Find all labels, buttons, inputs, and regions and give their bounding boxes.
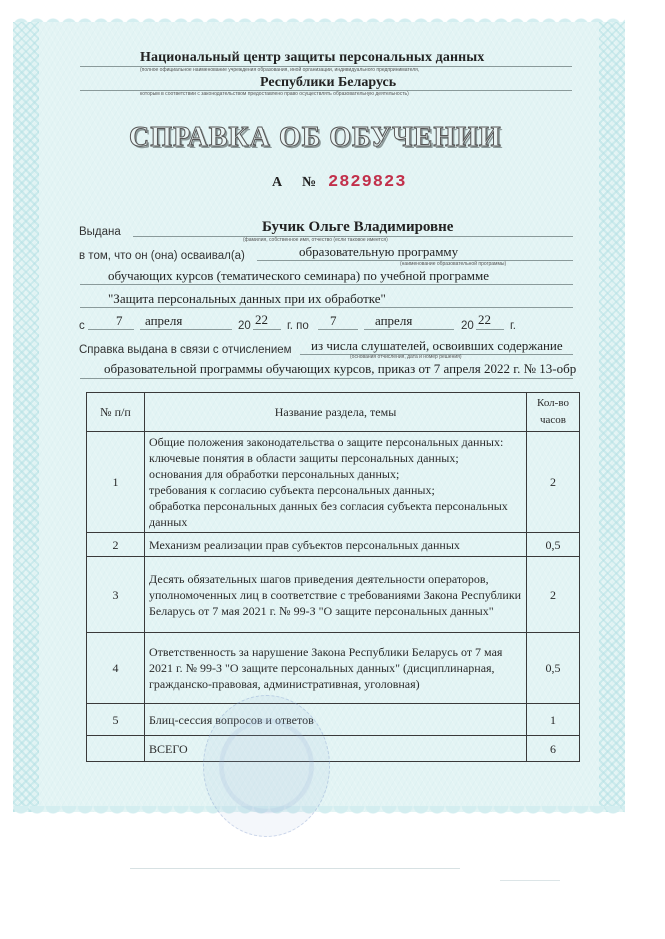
- organization-caption1: (полное официальное наименование учрежде…: [140, 67, 419, 73]
- fill-line: [80, 307, 573, 308]
- recipient-caption: (фамилия, собственное имя, отчество (есл…: [243, 237, 388, 243]
- fill-line: [88, 329, 134, 330]
- table-row: 2Механизм реализации прав субъектов перс…: [87, 533, 580, 557]
- row-number: 3: [87, 557, 145, 633]
- table-header-row: № п/п Название раздела, темы Кол-во часо…: [87, 393, 580, 432]
- topic-name: Общие положения законодательства о защит…: [145, 432, 527, 533]
- column-header-hours: Кол-во часов: [527, 393, 580, 432]
- topic-line: Механизм реализации прав субъектов персо…: [149, 537, 522, 553]
- serial-number: 2829823: [328, 173, 406, 192]
- reverse-side-bleed-through: [500, 880, 560, 881]
- to-day: 7: [330, 313, 337, 329]
- organization-name-line1: Национальный центр защиты персональных д…: [140, 50, 484, 66]
- to-month: апреля: [375, 313, 412, 329]
- topic-name: Десять обязательных шагов приведения дея…: [145, 557, 527, 633]
- reverse-side-bleed-through: [130, 868, 460, 869]
- decorative-border-right: [599, 22, 625, 812]
- reason-label: Справка выдана в связи с отчислением: [79, 344, 292, 356]
- topic-name: Ответственность за нарушение Закона Респ…: [145, 633, 527, 704]
- hours-value: 2: [527, 432, 580, 533]
- topic-name: Блиц-сессия вопросов и ответов: [145, 704, 527, 736]
- total-label: ВСЕГО: [145, 736, 527, 762]
- topic-line: ключевые понятия в области защиты персон…: [149, 450, 522, 466]
- program-line3: "Защита персональных данных при их обраб…: [108, 291, 386, 307]
- reason-line2: образовательной программы обучающих курс…: [104, 361, 576, 377]
- fill-line: [140, 329, 232, 330]
- reason-caption: (основания отчисления, дата и номер реше…: [350, 354, 462, 360]
- fill-line: [364, 329, 454, 330]
- mastered-label: в том, что он (она) осваивал(а): [79, 250, 245, 262]
- column-header-number: № п/п: [87, 393, 145, 432]
- column-header-topic: Название раздела, темы: [145, 393, 527, 432]
- total-hours: 6: [527, 736, 580, 762]
- row-number: 5: [87, 704, 145, 736]
- table-row: 5Блиц-сессия вопросов и ответов1: [87, 704, 580, 736]
- official-stamp: [203, 695, 330, 837]
- from-month: апреля: [145, 313, 182, 329]
- from-day: 7: [116, 313, 123, 329]
- program-caption: (наименование образовательной программы): [400, 261, 506, 267]
- recipient-name: Бучик Ольге Владимировне: [262, 219, 453, 236]
- topic-line: основания для обработки персональных дан…: [149, 466, 522, 482]
- topic-line: Ответственность за нарушение Закона Респ…: [149, 644, 522, 692]
- topic-line: Десять обязательных шагов приведения дея…: [149, 571, 522, 619]
- fill-line: [80, 284, 573, 285]
- fill-line: [318, 329, 358, 330]
- organization-caption2: которым в соответствии с законодательств…: [140, 91, 409, 97]
- from-label: с: [79, 320, 85, 332]
- year-prefix: 20: [238, 320, 251, 332]
- table-row: 3Десять обязательных шагов приведения де…: [87, 557, 580, 633]
- fill-line: [476, 329, 504, 330]
- program-line1: образовательную программу: [299, 244, 458, 260]
- table-total-row: ВСЕГО6: [87, 736, 580, 762]
- table-body: 1Общие положения законодательства о защи…: [87, 432, 580, 762]
- fill-line: [253, 329, 281, 330]
- total-number: [87, 736, 145, 762]
- hours-value: 0,5: [527, 533, 580, 557]
- program-line2: обучающих курсов (тематического семинара…: [108, 268, 489, 284]
- hours-value: 0,5: [527, 633, 580, 704]
- year-prefix: 20: [461, 320, 474, 332]
- row-number: 4: [87, 633, 145, 704]
- row-number: 1: [87, 432, 145, 533]
- topic-line: Общие положения законодательства о защит…: [149, 434, 522, 450]
- to-year: 22: [478, 312, 491, 328]
- to-label: г. по: [287, 320, 309, 332]
- organization-name-line2: Республики Беларусь: [260, 75, 396, 91]
- hours-value: 2: [527, 557, 580, 633]
- hours-value: 1: [527, 704, 580, 736]
- number-sign: №: [302, 175, 316, 191]
- document-title: СПРАВКА ОБ ОБУЧЕНИИ: [129, 122, 502, 154]
- topic-line: Блиц-сессия вопросов и ответов: [149, 712, 522, 728]
- decorative-border-bottom: [13, 806, 625, 818]
- table-row: 1Общие положения законодательства о защи…: [87, 432, 580, 533]
- from-year: 22: [255, 312, 268, 328]
- fill-line: [80, 378, 573, 379]
- reason-line1: из числа слушателей, освоивших содержани…: [311, 338, 563, 354]
- decorative-border-left: [13, 22, 39, 812]
- topic-line: требования к согласию субъекта персональ…: [149, 482, 522, 498]
- table-row: 4Ответственность за нарушение Закона Рес…: [87, 633, 580, 704]
- issued-label: Выдана: [79, 226, 121, 238]
- topic-line: обработка персональных данных без соглас…: [149, 498, 522, 530]
- course-topics-table: № п/п Название раздела, темы Кол-во часо…: [86, 392, 580, 762]
- row-number: 2: [87, 533, 145, 557]
- certificate-page: Национальный центр защиты персональных д…: [0, 0, 665, 939]
- year-suffix: г.: [510, 320, 516, 332]
- topic-name: Механизм реализации прав субъектов персо…: [145, 533, 527, 557]
- serial-series: А: [272, 175, 282, 191]
